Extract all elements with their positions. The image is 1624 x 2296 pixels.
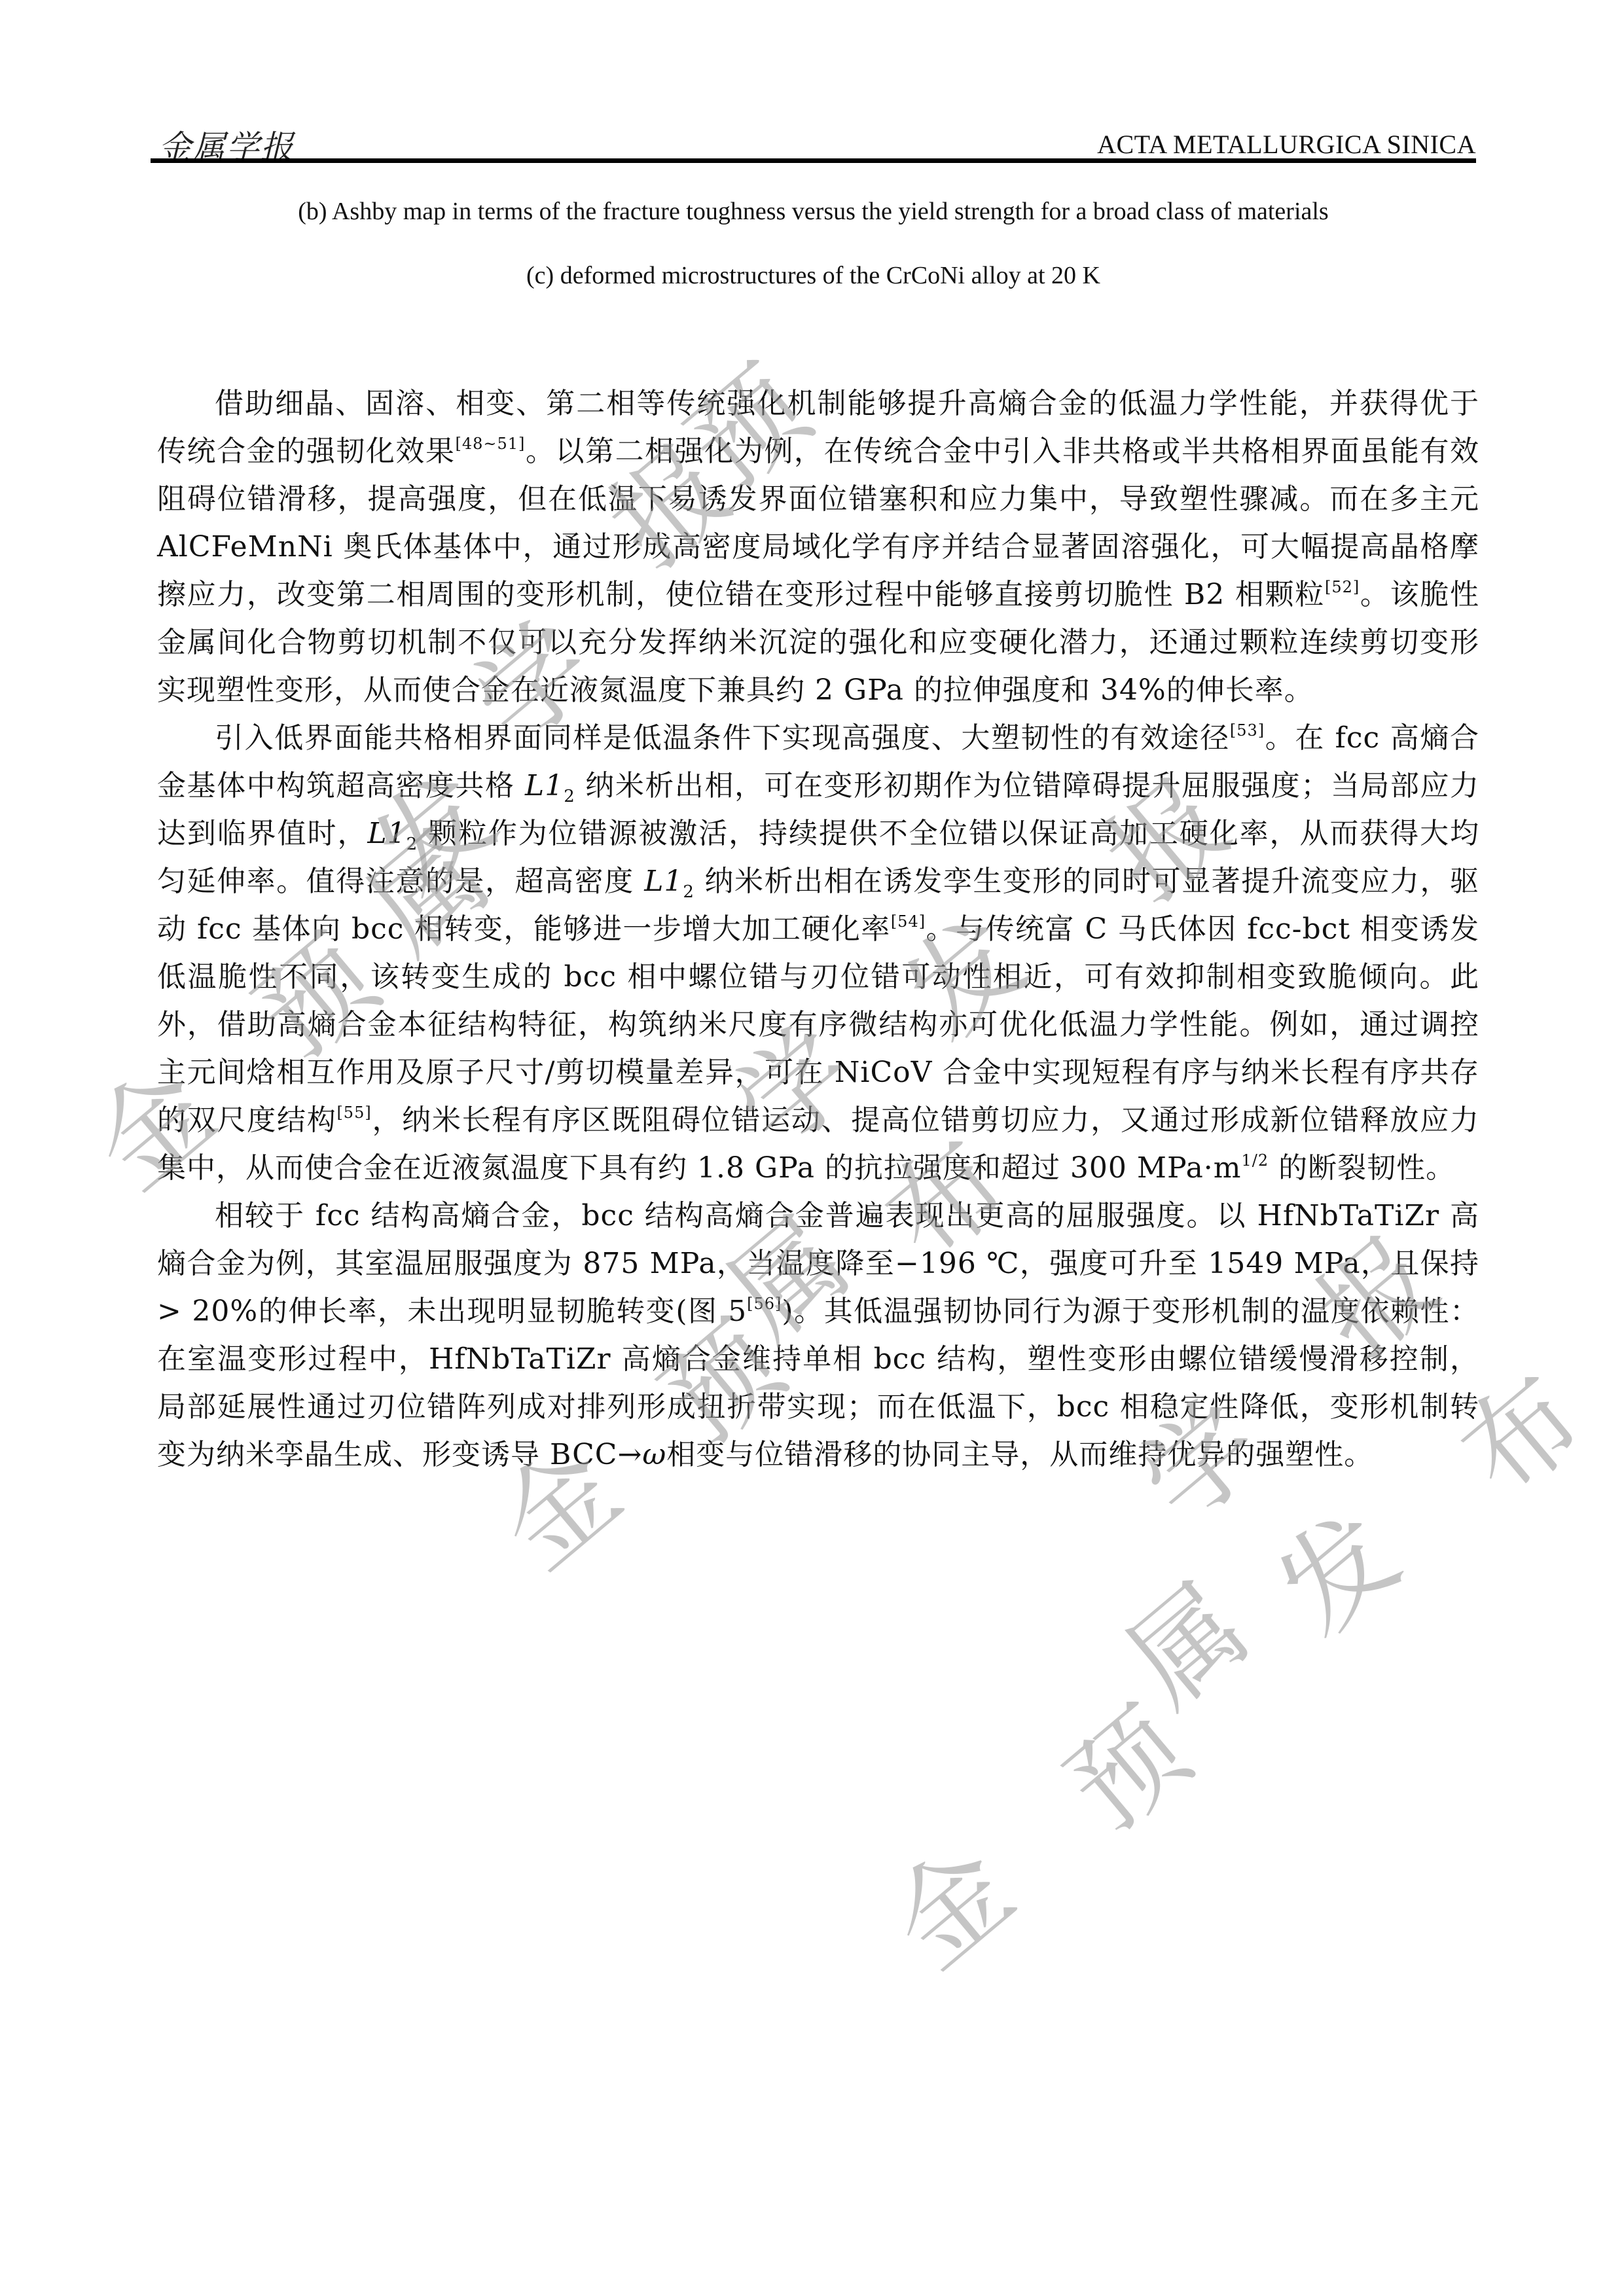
unit-exponent: 1/2 bbox=[1242, 1151, 1269, 1170]
paragraph-1: 借助细晶、固溶、相变、第二相等传统强化机制能够提升高熵合金的低温力学性能，并获得… bbox=[157, 380, 1479, 714]
text-run: 相变与位错滑移的协同主导，从而维持优异的强塑性。 bbox=[666, 1438, 1373, 1471]
text-run: 引入低界面能共格相界面同样是低温条件下实现高强度、大塑韧性的有效途径 bbox=[215, 721, 1230, 755]
citation-ref: [48~51] bbox=[456, 435, 526, 453]
document-page: 金属学报 ACTA METALLURGICA SINICA (b) Ashby … bbox=[0, 0, 1624, 2296]
phase-symbol: L1 bbox=[525, 769, 564, 802]
body-text: 借助细晶、固溶、相变、第二相等传统强化机制能够提升高熵合金的低温力学性能，并获得… bbox=[157, 380, 1479, 1479]
figure-caption-b: (b) Ashby map in terms of the fracture t… bbox=[151, 196, 1476, 226]
phase-subscript: 2 bbox=[683, 882, 695, 902]
citation-ref: [52] bbox=[1325, 578, 1360, 596]
header-divider bbox=[151, 158, 1476, 163]
watermark-char: 发 bbox=[1238, 1469, 1426, 1663]
text-run: 的断裂韧性。 bbox=[1269, 1151, 1455, 1185]
omega-symbol: ω bbox=[642, 1438, 666, 1471]
page-header: 金属学报 ACTA METALLURGICA SINICA bbox=[151, 115, 1476, 160]
phase-symbol: L1 bbox=[367, 817, 406, 850]
citation-ref: [54] bbox=[891, 912, 926, 931]
watermark-char: 属 bbox=[1087, 1541, 1276, 1735]
watermark-char: 预 bbox=[1028, 1665, 1217, 1859]
citation-ref: [56] bbox=[747, 1295, 782, 1313]
citation-ref: [53] bbox=[1230, 721, 1265, 740]
paragraph-3: 相较于 fcc 结构高熵合金，bcc 结构高熵合金普遍表现出更高的屈服强度。以 … bbox=[157, 1192, 1479, 1479]
phase-symbol: L1 bbox=[644, 865, 683, 898]
paragraph-2: 引入低界面能共格相界面同样是低温条件下实现高强度、大塑韧性的有效途径[53]。在… bbox=[157, 714, 1479, 1192]
phase-subscript: 2 bbox=[406, 834, 418, 854]
watermark-char: 金 bbox=[852, 1803, 1040, 1997]
figure-caption-c: (c) deformed microstructures of the CrCo… bbox=[151, 260, 1476, 291]
phase-subscript: 2 bbox=[564, 787, 575, 806]
journal-title-en: ACTA METALLURGICA SINICA bbox=[1097, 129, 1476, 160]
citation-ref: [55] bbox=[336, 1103, 371, 1122]
